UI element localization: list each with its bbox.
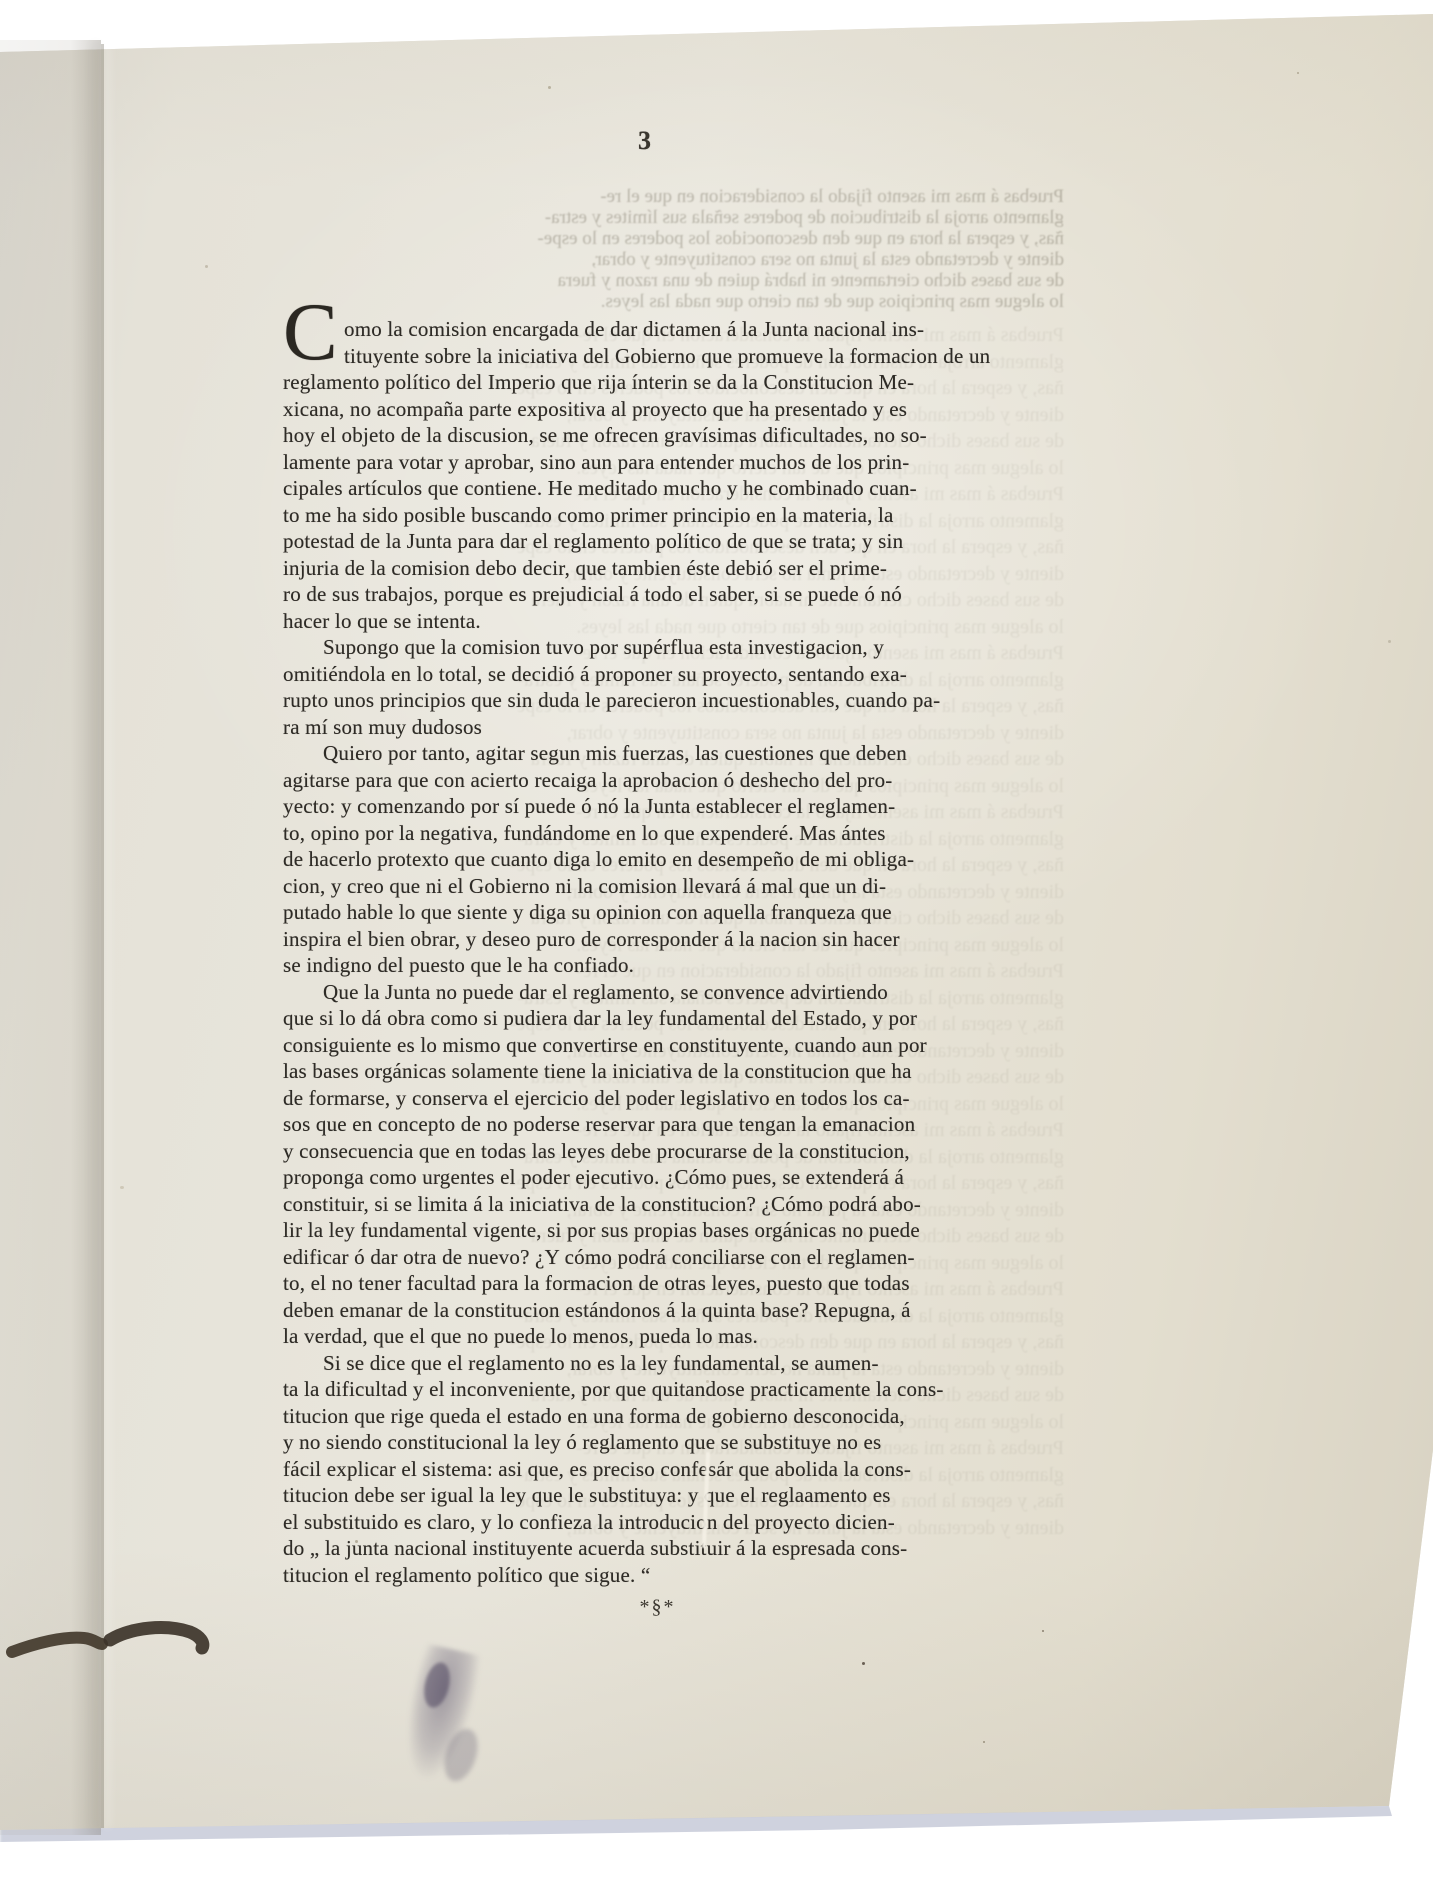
- text-line: injuria de la comision debo decir, que t…: [283, 555, 1063, 582]
- text-line: deben emanar de la constitucion estándon…: [283, 1297, 1063, 1324]
- text-line: sos que en concepto de no poderse reserv…: [283, 1111, 1063, 1138]
- text-line: y consecuencia que en todas las leyes de…: [283, 1138, 1063, 1165]
- text-line: Si se dice que el reglamento no es la le…: [283, 1350, 1063, 1377]
- text-line: de formarse, y conserva el ejercicio del…: [283, 1085, 1063, 1112]
- text-line: la verdad, que el que no puede lo menos,…: [283, 1323, 1063, 1350]
- text-line: agitarse para que con acierto recaiga la…: [283, 767, 1063, 794]
- text-line: omitiéndola en lo total, se decidió á pr…: [283, 661, 1063, 688]
- text-line: las bases orgánicas solamente tiene la i…: [283, 1058, 1063, 1085]
- text-line: to, el no tener facultad para la formaci…: [283, 1270, 1063, 1297]
- text-line: titucion que rige queda el estado en una…: [283, 1403, 1063, 1430]
- binding-thread: [4, 1604, 234, 1674]
- text-line: el substituido es claro, y lo confieza l…: [283, 1509, 1063, 1536]
- text-line: inspira el bien obrar, y deseo puro de c…: [283, 926, 1063, 953]
- text-line: Que la Junta no puede dar el reglamento,…: [283, 979, 1063, 1006]
- text-line: hoy el objeto de la discusion, se me ofr…: [283, 422, 1063, 449]
- paragraph: Supongo que la comision tuvo por supérfl…: [283, 634, 1063, 740]
- text-line: y no siendo constitucional la ley ó regl…: [283, 1429, 1063, 1456]
- paragraph: Si se dice que el reglamento no es la le…: [283, 1350, 1063, 1589]
- paper-speck: [548, 86, 551, 89]
- text-line: reglamento político del Imperio que rija…: [283, 369, 1063, 396]
- paper-speck: [983, 1741, 985, 1743]
- text-line: to, opino por la negativa, fundándome en…: [283, 820, 1063, 847]
- text-line: titucion el reglamento político que sigu…: [283, 1562, 1063, 1589]
- text-line: cipales artículos que contiene. He medit…: [283, 475, 1063, 502]
- typographic-ornament: *§*: [600, 1596, 715, 1619]
- text-line: lir la ley fundamental vigente, si por s…: [283, 1217, 1063, 1244]
- paper-speck: [120, 1186, 124, 1189]
- text-line: ro de sus trabajos, porque es prejudicia…: [283, 581, 1063, 608]
- text-line: consiguiente es lo mismo que convertirse…: [283, 1032, 1063, 1059]
- paragraph: Que la Junta no puede dar el reglamento,…: [283, 979, 1063, 1350]
- text-line: yecto: y comenzando por sí puede ó nó la…: [283, 793, 1063, 820]
- text-line: que si lo dá obra como si pudiera dar la…: [283, 1005, 1063, 1032]
- paper-speck: [355, 1540, 358, 1543]
- text-line: titucion debe ser igual la ley que le su…: [283, 1482, 1063, 1509]
- text-line: Quiero por tanto, agitar segun mis fuerz…: [283, 740, 1063, 767]
- text-line: tituyente sobre la iniciativa del Gobier…: [283, 343, 1063, 370]
- text-line: fácil explicar el sistema: asi que, es p…: [283, 1456, 1063, 1483]
- paragraph: Quiero por tanto, agitar segun mis fuerz…: [283, 740, 1063, 979]
- text-line: constituir, si se limita á la iniciativa…: [283, 1191, 1063, 1218]
- scanned-document-photo: 3 Pruebas á mas mi asento fijado la cons…: [0, 0, 1433, 1890]
- binding-margin: [0, 40, 101, 1835]
- text-line: hacer lo que se intenta.: [283, 608, 1063, 635]
- page-number: 3: [605, 126, 685, 156]
- text-line: cion, y creo que ni el Gobierno ni la co…: [283, 873, 1063, 900]
- text-line: xicana, no acompaña parte expositiva al …: [283, 396, 1063, 423]
- text-line: Supongo que la comision tuvo por supérfl…: [283, 634, 1063, 661]
- text-line: proponga como urgentes el poder ejecutiv…: [283, 1164, 1063, 1191]
- paper-speck: [862, 1662, 865, 1665]
- text-line: omo la comision encargada de dar dictame…: [283, 316, 1063, 343]
- paragraph: Como la comision encargada de dar dictam…: [283, 316, 1063, 634]
- paper-speck: [706, 1380, 709, 1383]
- paper-speck: [1042, 1630, 1044, 1632]
- text-line: ta la dificultad y el inconveniente, por…: [283, 1376, 1063, 1403]
- paper-speck: [1388, 640, 1391, 643]
- text-line: putado hable lo que siente y diga su opi…: [283, 899, 1063, 926]
- text-line: potestad de la Junta para dar el reglame…: [283, 528, 1063, 555]
- text-line: se indigno del puesto que le ha confiado…: [283, 952, 1063, 979]
- text-line: edificar ó dar otra de nuevo? ¿Y cómo po…: [283, 1244, 1063, 1271]
- drop-cap: C: [283, 303, 335, 356]
- text-line: lamente para votar y aprobar, sino aun p…: [283, 449, 1063, 476]
- text-line: de hacerlo protexto que cuanto diga lo e…: [283, 846, 1063, 873]
- fold-crease: [101, 44, 104, 1828]
- text-line: rupto unos principios que sin duda le pa…: [283, 687, 1063, 714]
- text-block: Como la comision encargada de dar dictam…: [283, 316, 1063, 1588]
- paper-speck: [205, 265, 208, 268]
- paper-speck: [1297, 72, 1299, 74]
- text-line: ra mí son muy dudosos: [283, 714, 1063, 741]
- text-line: do „ la junta nacional instituyente acue…: [283, 1535, 1063, 1562]
- text-line: to me ha sido posible buscando como prim…: [283, 502, 1063, 529]
